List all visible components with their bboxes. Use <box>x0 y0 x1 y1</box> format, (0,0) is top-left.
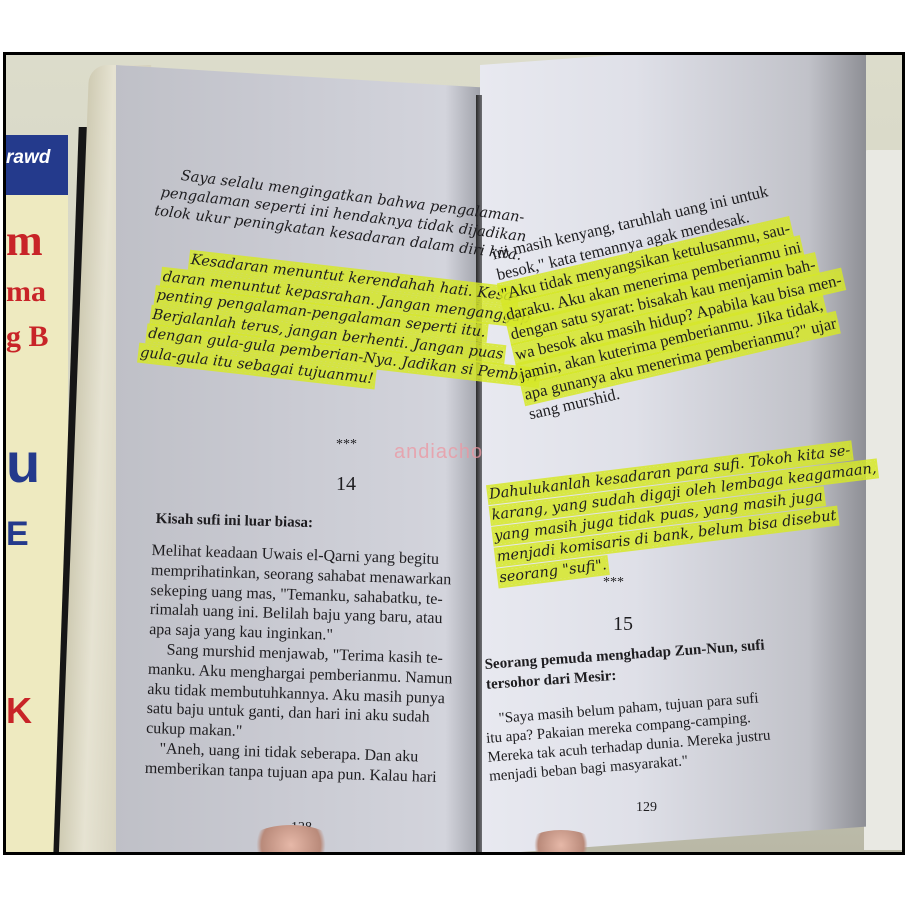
cover-title-band: rawd <box>6 135 68 195</box>
section-separator: *** <box>603 575 624 591</box>
left-body-paragraph: Melihat keadaan Uwais el-Qarni yang begi… <box>145 541 457 788</box>
section-separator: *** <box>336 437 357 453</box>
cover-title-line: m <box>6 215 43 266</box>
cover-letter: E <box>6 515 29 554</box>
cover-letter: K <box>6 690 32 732</box>
cover-title-line: ma <box>6 275 46 309</box>
photo-frame: rawd m ma g B u E K Saya selalu menginga… <box>3 52 905 855</box>
cover-author-text: rawd <box>6 147 50 169</box>
section-number: 14 <box>336 473 356 496</box>
page-number-right: 129 <box>636 800 657 816</box>
watermark: andiacho <box>394 441 483 464</box>
section-number: 15 <box>613 613 633 636</box>
thumb <box>526 830 596 855</box>
cover-letter: u <box>6 430 40 495</box>
cover-title-line: g B <box>6 320 49 354</box>
